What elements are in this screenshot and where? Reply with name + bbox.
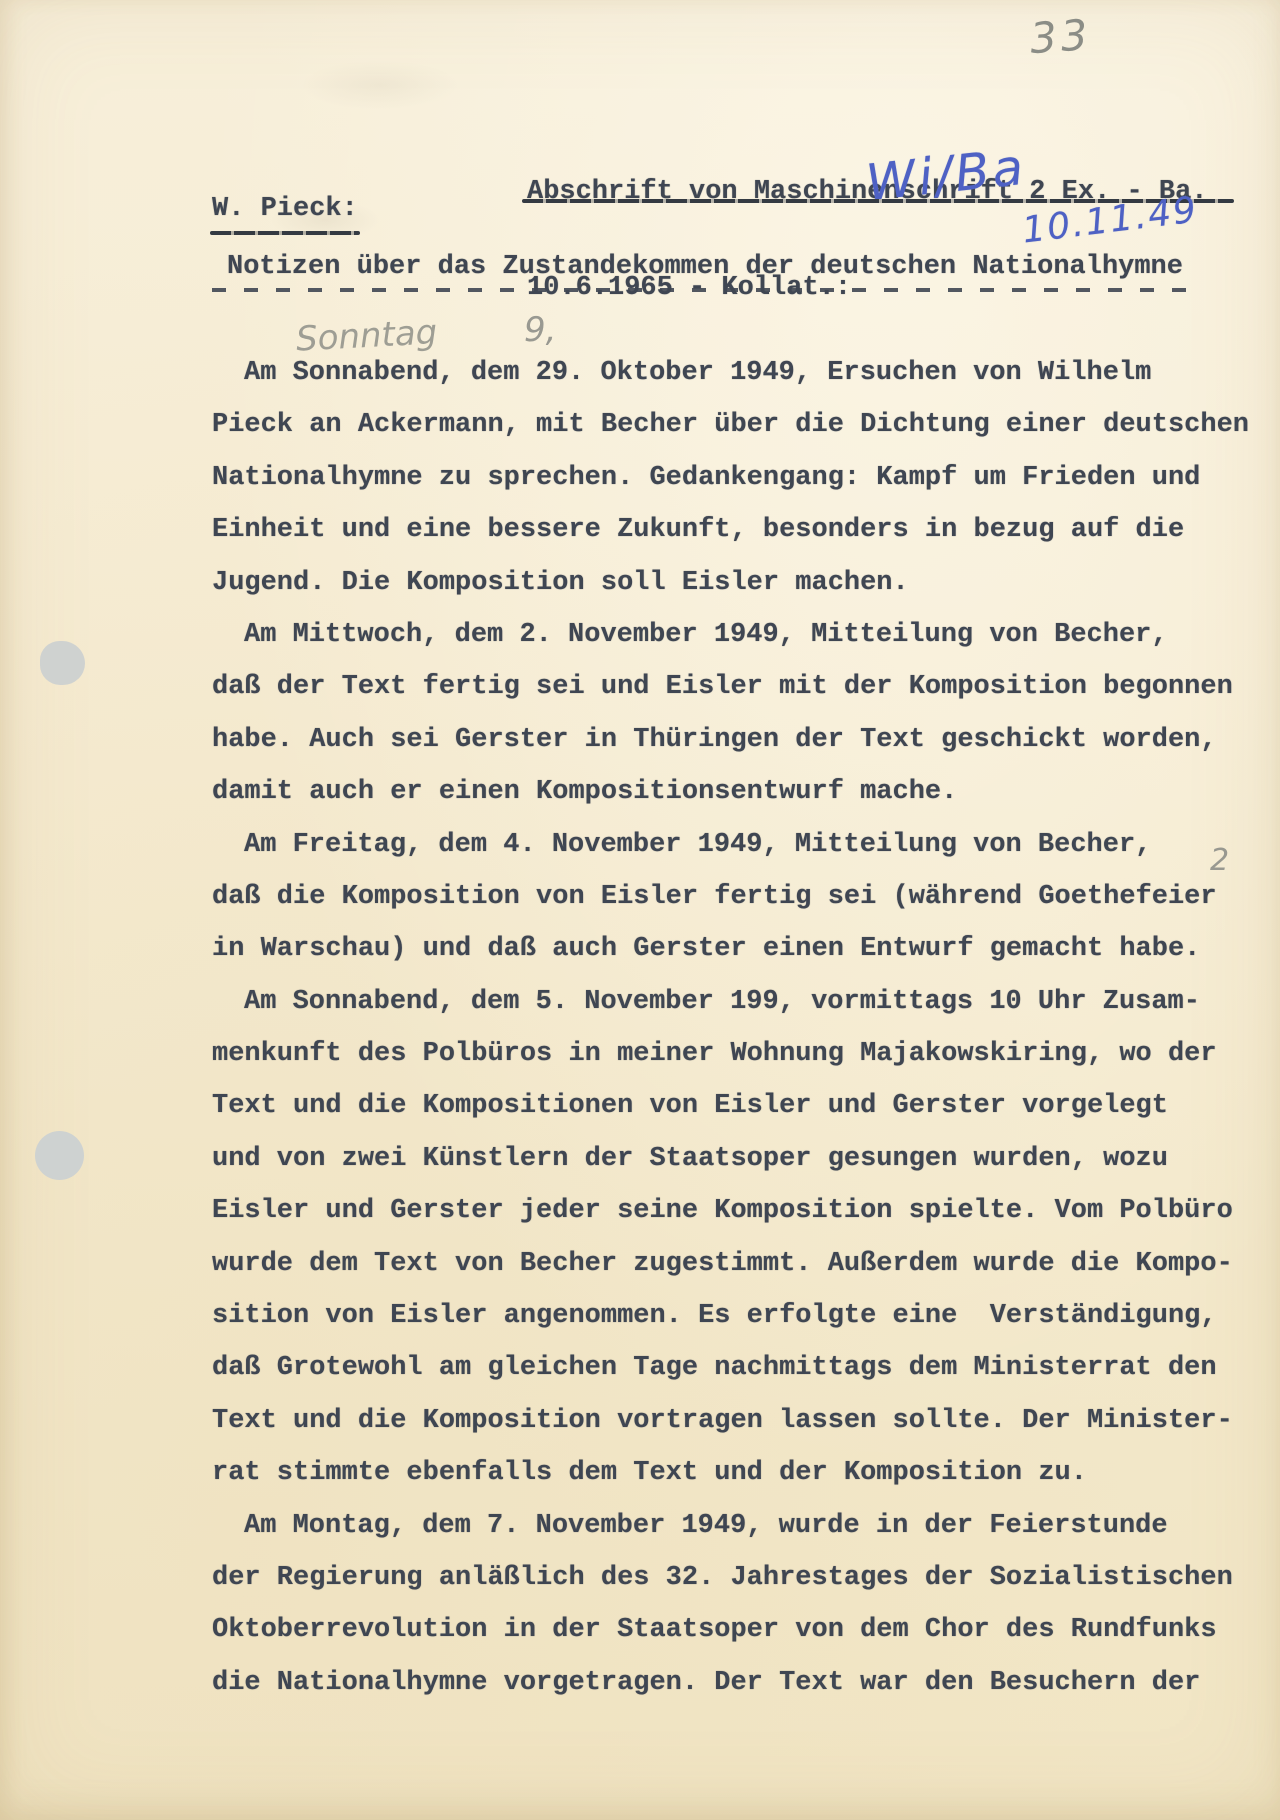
- text-line: daß der Text fertig sei und Eisler mit d…: [212, 661, 1249, 713]
- text-line: sition von Eisler angenommen. Es erfolgt…: [212, 1290, 1249, 1342]
- title-dashed-underline: [212, 288, 1204, 292]
- author-underline: [210, 231, 360, 235]
- text-line: wurde dem Text von Becher zugestimmt. Au…: [212, 1238, 1249, 1290]
- text-line: in Warschau) und daß auch Gerster einen …: [212, 923, 1249, 975]
- text-line: Am Freitag, dem 4. November 1949, Mittei…: [212, 819, 1249, 871]
- paragraph: Am Mittwoch, dem 2. November 1949, Mitte…: [212, 609, 1249, 819]
- punch-hole-bottom: [35, 1131, 84, 1180]
- paper-smudge: [300, 60, 460, 110]
- text-line: damit auch er einen Kompositionsentwurf …: [212, 766, 1249, 818]
- text-line: die Nationalhymne vorgetragen. Der Text …: [212, 1657, 1249, 1709]
- text-line: Nationalhymne zu sprechen. Gedankengang:…: [212, 452, 1249, 504]
- text-line: Eisler und Gerster jeder seine Kompositi…: [212, 1185, 1249, 1237]
- text-line: Am Sonnabend, dem 29. Oktober 1949, Ersu…: [212, 347, 1249, 399]
- document-page: 33 Abschrift von Maschinenschrift 2 Ex. …: [0, 0, 1280, 1820]
- paragraph: Am Montag, dem 7. November 1949, wurde i…: [212, 1500, 1249, 1710]
- text-line: der Regierung anläßlich des 32. Jahresta…: [212, 1552, 1249, 1604]
- paragraph: Am Freitag, dem 4. November 1949, Mittei…: [212, 819, 1249, 976]
- date-correction-annotation: 9,: [524, 310, 556, 350]
- text-line: daß die Komposition von Eisler fertig se…: [212, 871, 1249, 923]
- punch-hole-top: [40, 641, 85, 685]
- text-line: Text und die Kompositionen von Eisler un…: [212, 1080, 1249, 1132]
- text-line: Oktoberrevolution in der Staatsoper von …: [212, 1604, 1249, 1656]
- document-title: Notizen über das Zustandekommen der deut…: [227, 252, 1183, 282]
- text-line: und von zwei Künstlern der Staatsoper ge…: [212, 1133, 1249, 1185]
- text-line: habe. Auch sei Gerster in Thüringen der …: [212, 714, 1249, 766]
- text-line: Am Montag, dem 7. November 1949, wurde i…: [212, 1500, 1249, 1552]
- text-line: Einheit und eine bessere Zukunft, besond…: [212, 504, 1249, 556]
- text-line: Pieck an Ackermann, mit Becher über die …: [212, 399, 1249, 451]
- text-line: Text und die Komposition vortragen lasse…: [212, 1395, 1249, 1447]
- text-line: daß Grotewohl am gleichen Tage nachmitta…: [212, 1342, 1249, 1394]
- body-text: Am Sonnabend, dem 29. Oktober 1949, Ersu…: [212, 347, 1249, 1709]
- text-line: Am Sonnabend, dem 5. November 199, vormi…: [212, 976, 1249, 1028]
- text-line: rat stimmte ebenfalls dem Text und der K…: [212, 1447, 1249, 1499]
- author-name: W. Pieck:: [212, 194, 358, 224]
- footnote-mark-annotation: 2: [1210, 843, 1229, 878]
- text-line: menkunft des Polbüros in meiner Wohnung …: [212, 1028, 1249, 1080]
- paragraph: Am Sonnabend, dem 5. November 199, vormi…: [212, 976, 1249, 1500]
- paragraph: Am Sonnabend, dem 29. Oktober 1949, Ersu…: [212, 347, 1249, 609]
- text-line: Am Mittwoch, dem 2. November 1949, Mitte…: [212, 609, 1249, 661]
- text-line: Jugend. Die Komposition soll Eisler mach…: [212, 557, 1249, 609]
- page-number-annotation: 33: [1028, 10, 1093, 63]
